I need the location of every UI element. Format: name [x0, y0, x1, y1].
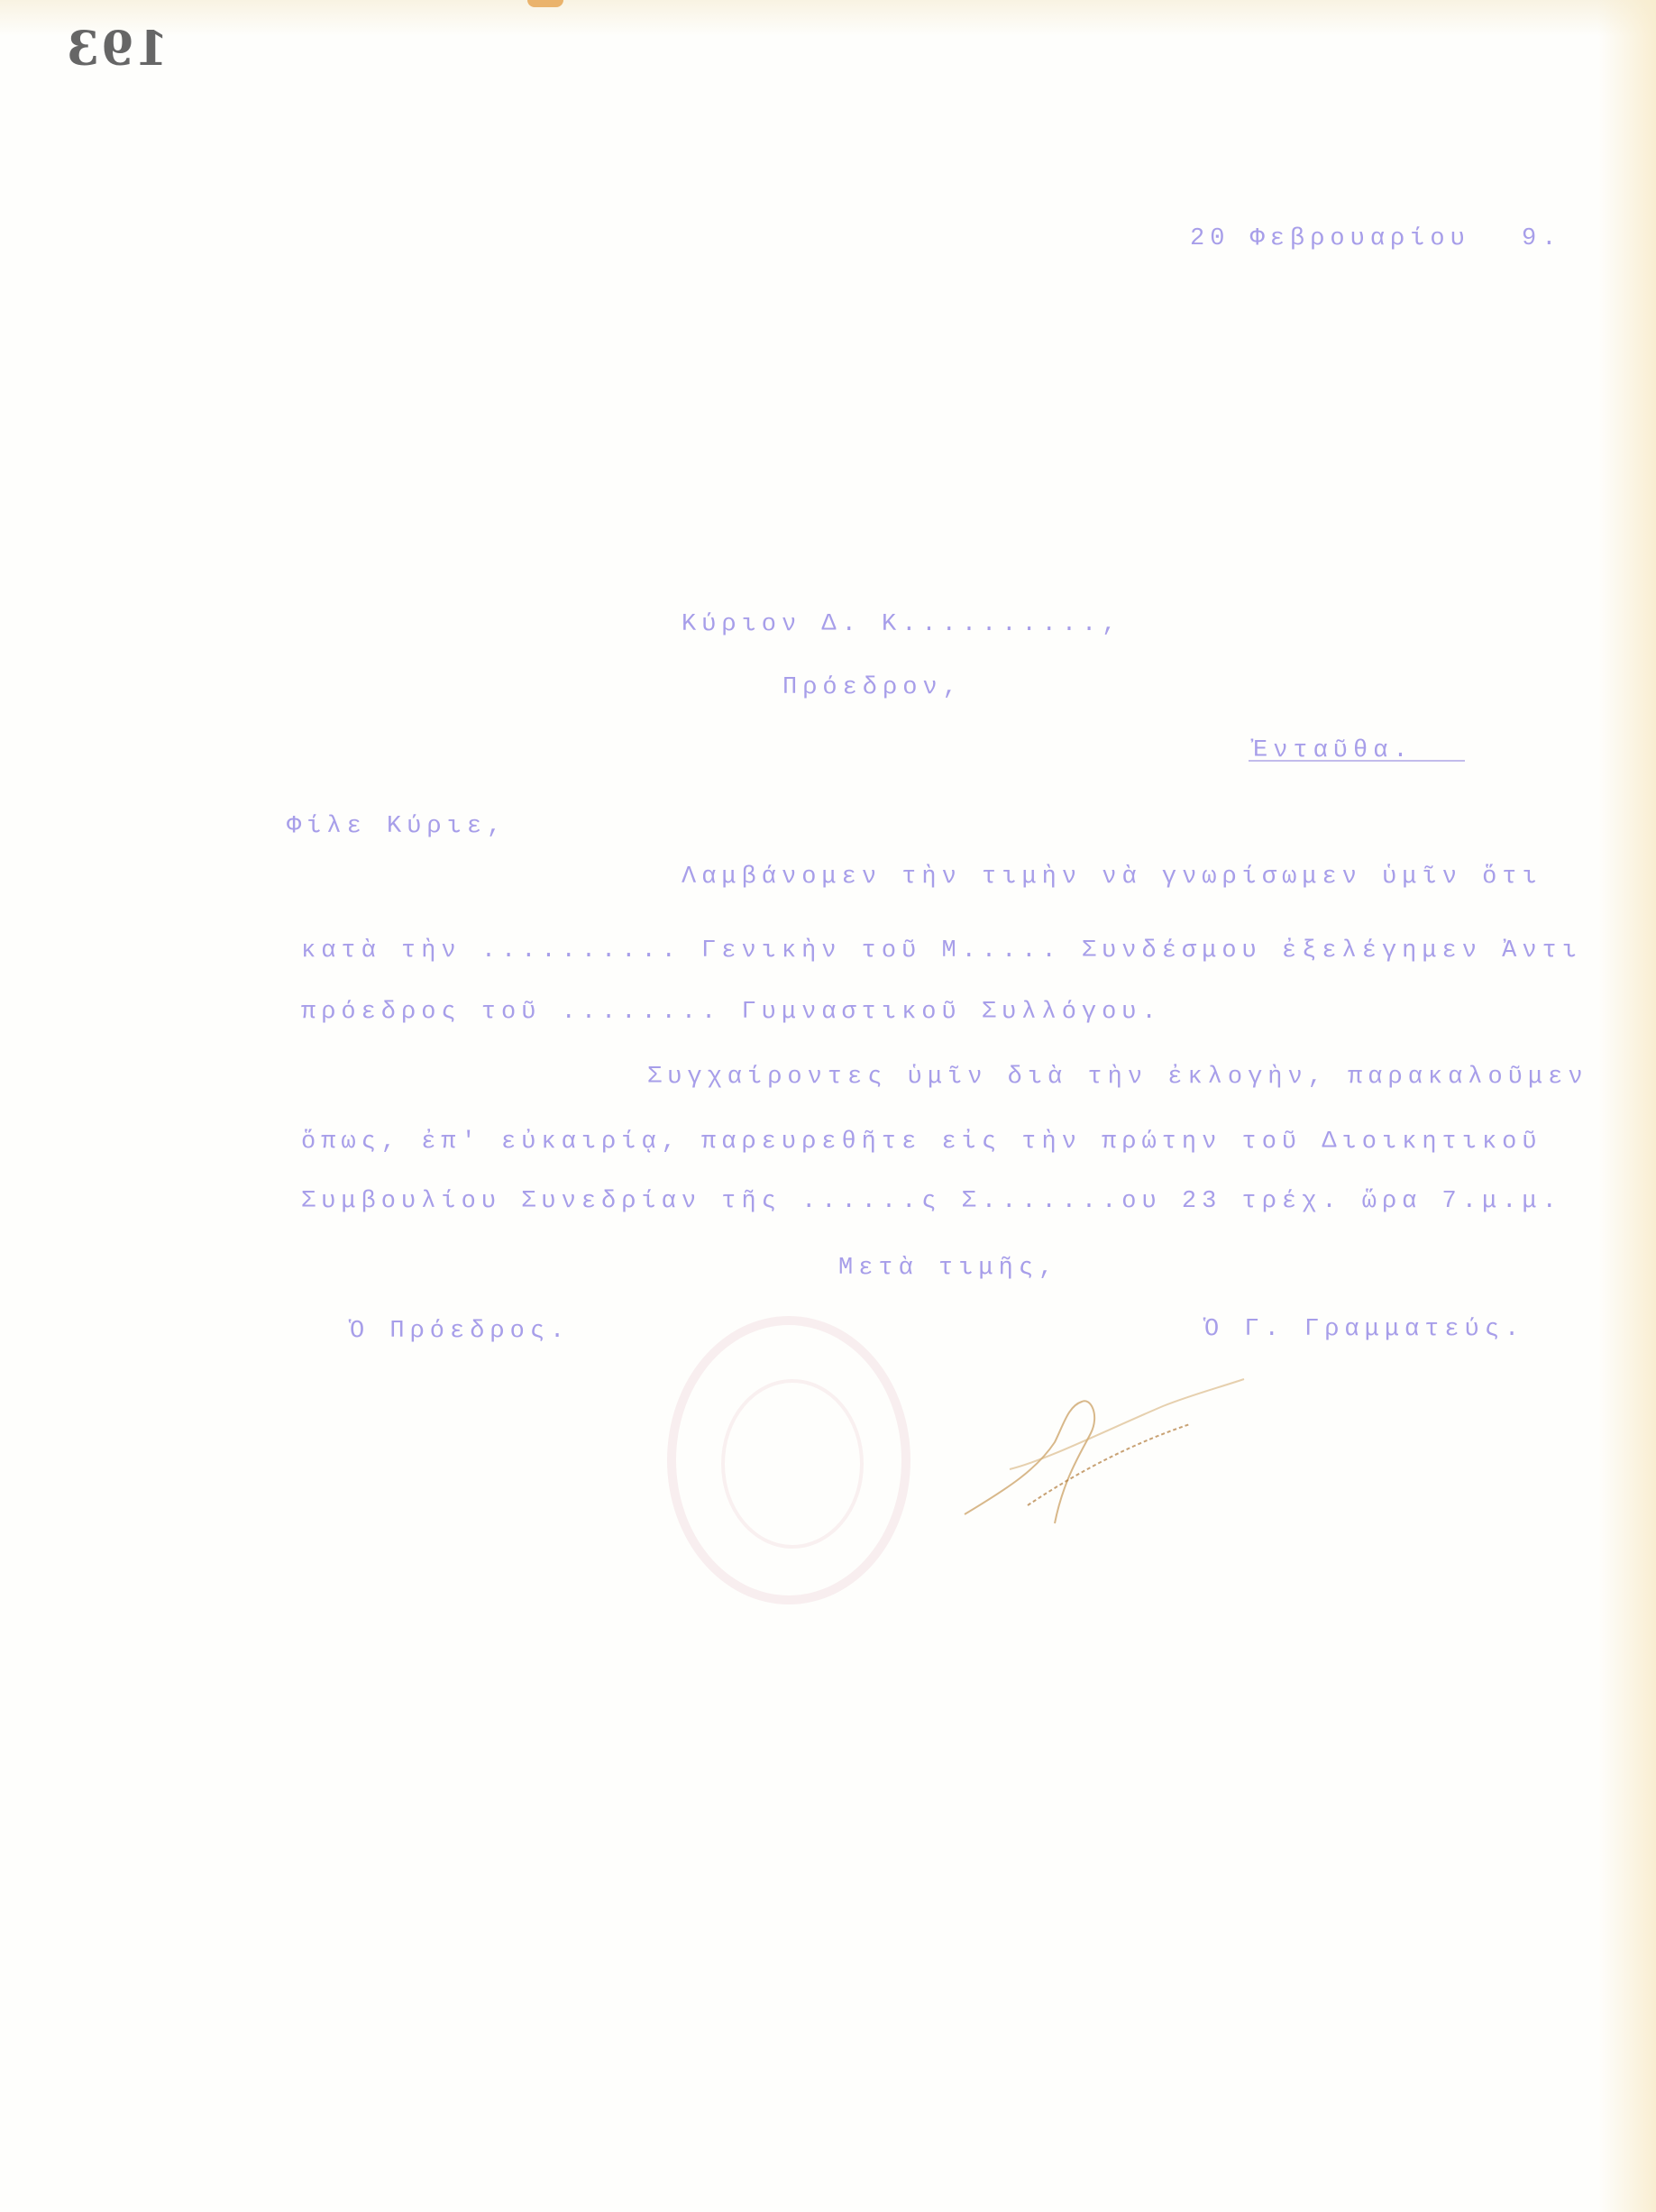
signatory-president: Ὁ Πρόεδρος.	[350, 1318, 570, 1345]
seal-stamp-icon	[667, 1316, 910, 1604]
addressee-name: Κύριον Δ. Κ..........,	[682, 611, 1121, 638]
body-line: Συμβουλίου Συνεδρίαν τῆς ......ς Σ......…	[301, 1188, 1562, 1215]
body-line: Λαμβάνομεν τὴν τιμὴν νὰ γνωρίσωμεν ὑμῖν …	[682, 864, 1542, 891]
reference-number: 9.	[1522, 225, 1561, 252]
paper-stain	[527, 0, 563, 7]
city-underline	[1249, 760, 1465, 762]
document-page: 193 20 Φεβρουαρίου 9. Κύριον Δ. Κ.......…	[0, 0, 1656, 2212]
salutation: Φίλε Κύριε,	[287, 813, 507, 840]
archive-number: 193	[65, 22, 169, 77]
body-line: κατὰ τὴν .......... Γενικὴν τοῦ Μ..... Σ…	[301, 937, 1582, 964]
body-line: πρόεδρος τοῦ ........ Γυμναστικοῦ Συλλόγ…	[301, 999, 1162, 1026]
body-line: ὅπως, ἐπ' εὐκαιρίᾳ, παρευρεθῆτε εἰς τὴν …	[301, 1129, 1542, 1156]
closing: Μετὰ τιμῆς,	[838, 1255, 1058, 1282]
signatory-secretary: Ὁ Γ. Γραμματεύς.	[1204, 1316, 1524, 1343]
handwritten-signature-icon	[956, 1370, 1253, 1532]
seal-inner-ring	[721, 1379, 864, 1549]
addressee-title: Πρόεδρον,	[782, 674, 963, 701]
letter-date: 20 Φεβρουαρίου	[1190, 225, 1470, 252]
body-line: Συγχαίροντες ὑμῖν διὰ τὴν ἐκλογὴν, παρακ…	[647, 1064, 1588, 1091]
